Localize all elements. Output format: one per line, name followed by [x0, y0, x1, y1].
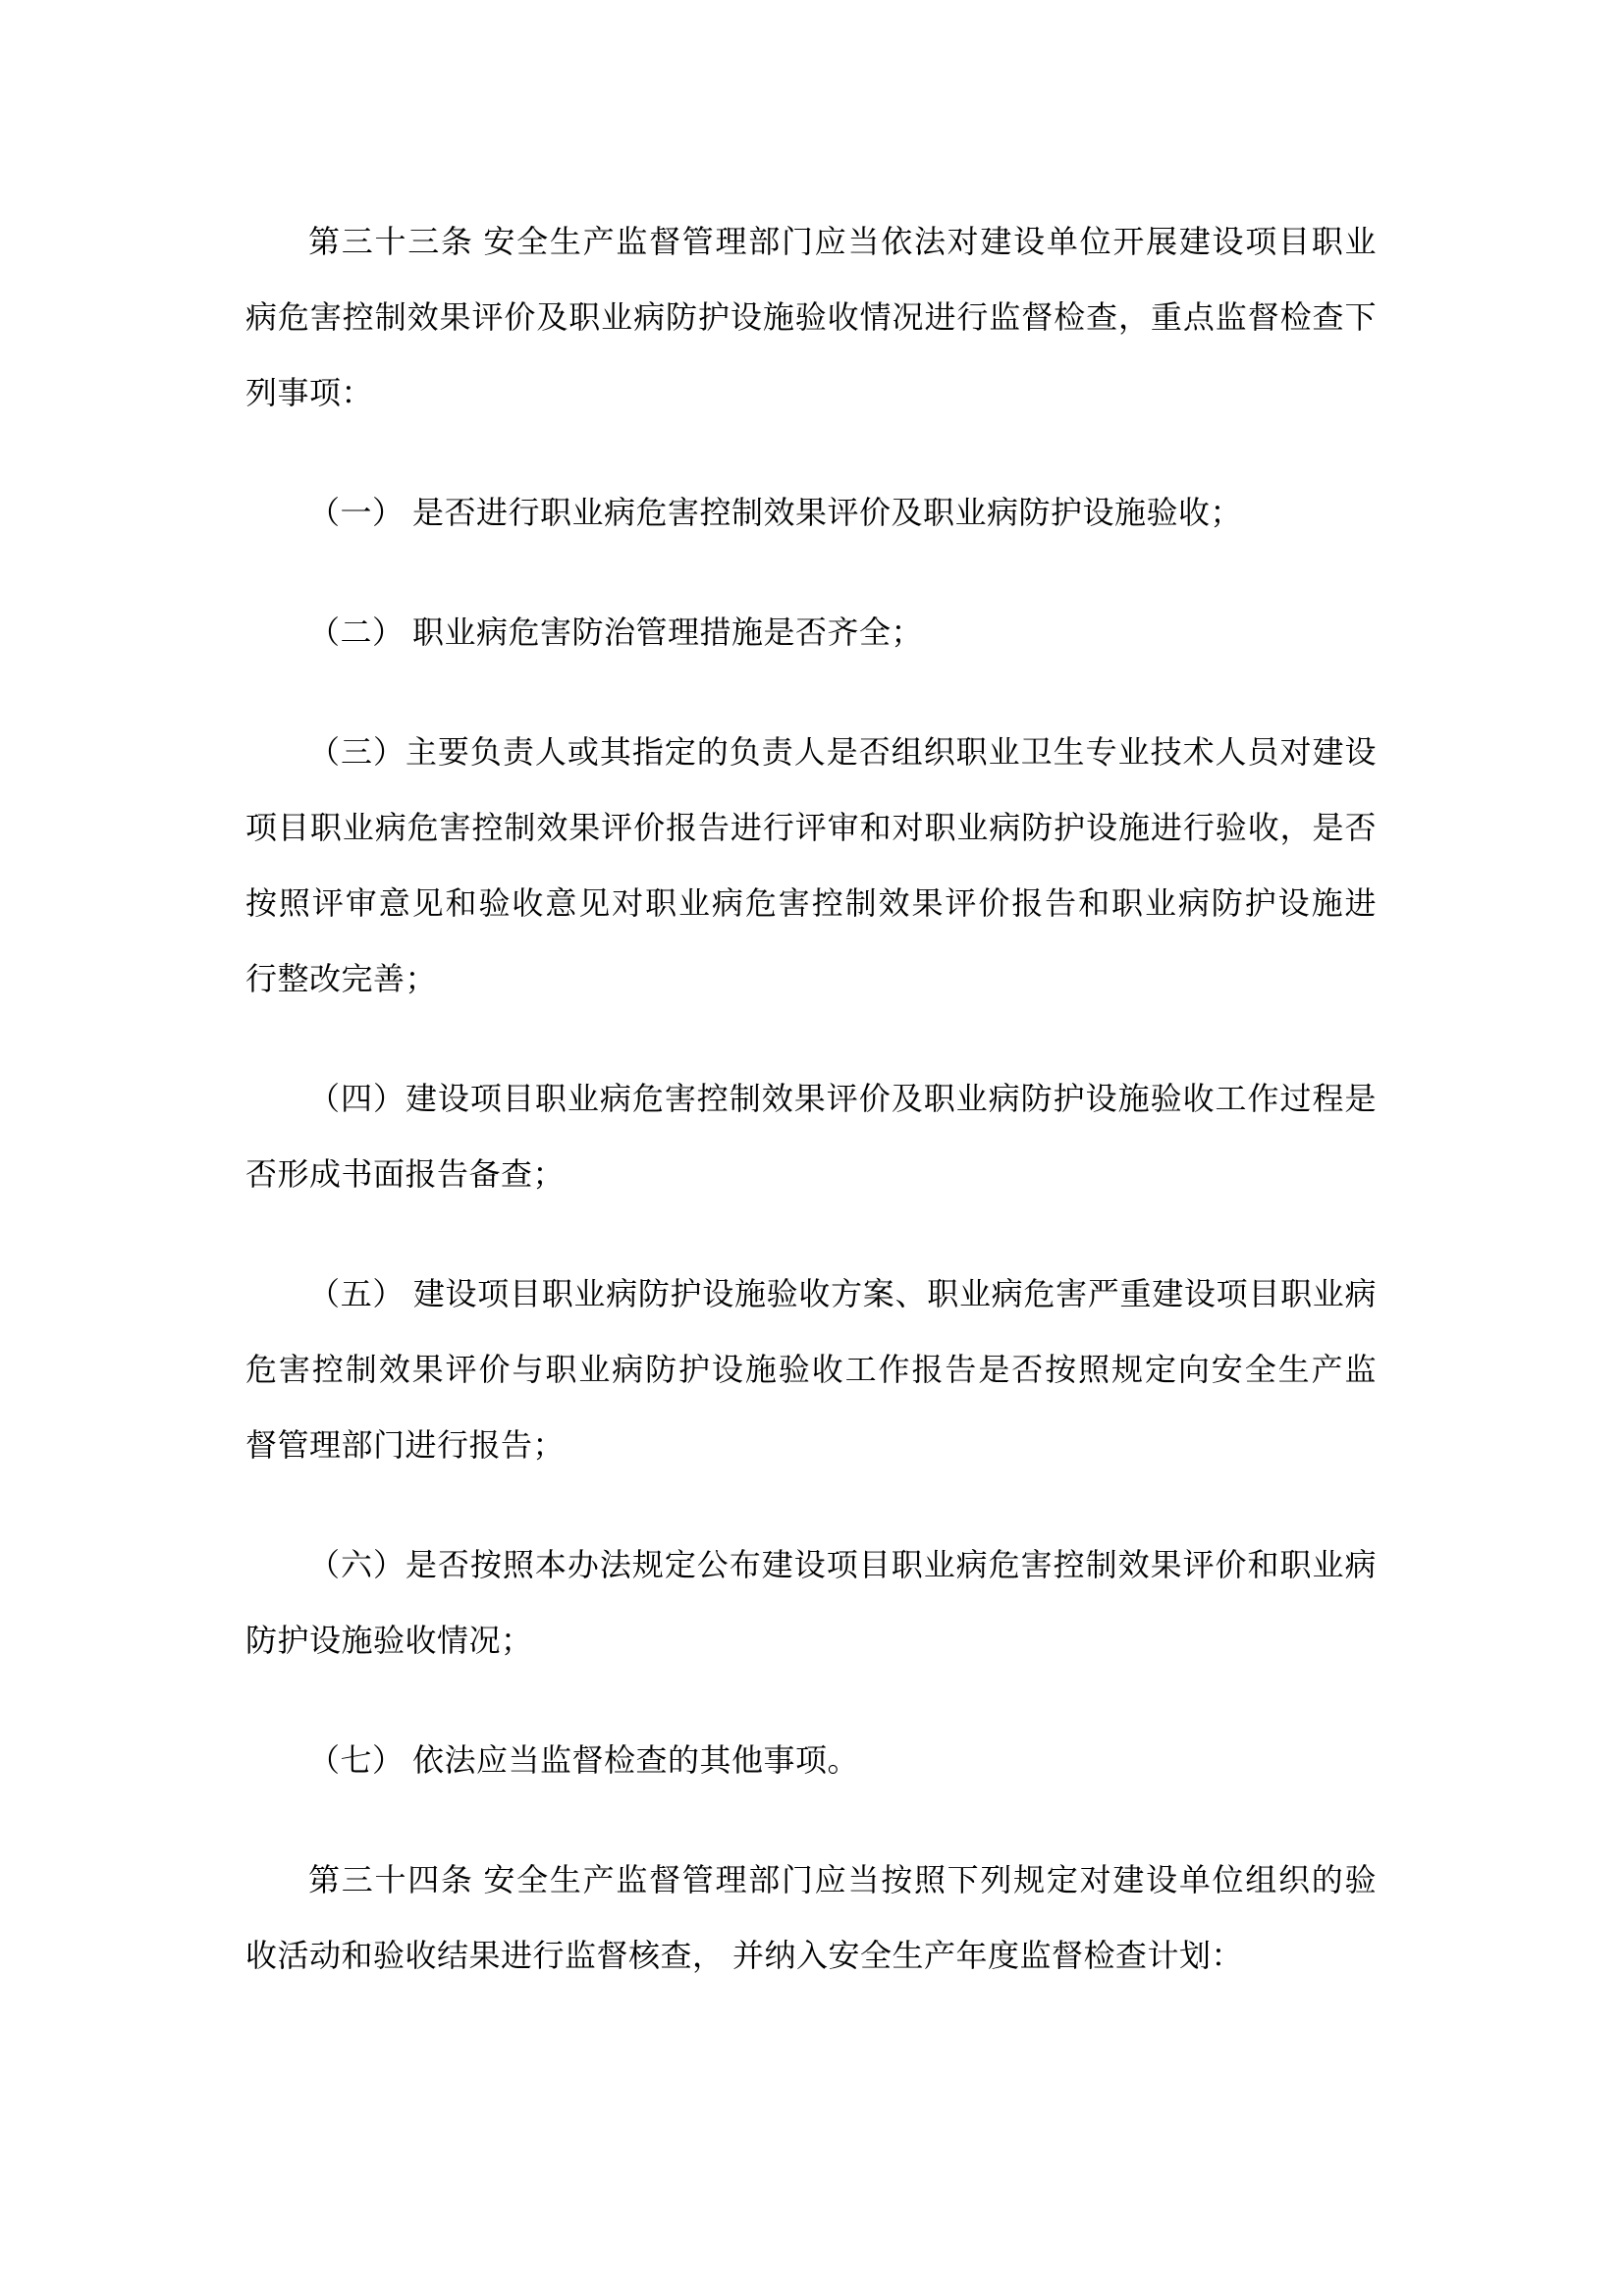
text-line: 第三十四条 安全生产监督管理部门应当按照下列规定对建设单位组织的验	[245, 1842, 1377, 1918]
paragraph-item-1: （一） 是否进行职业病危害控制效果评价及职业病防护设施验收；	[245, 475, 1377, 551]
text-line: （五） 建设项目职业病防护设施验收方案、职业病危害严重建设项目职业病	[245, 1256, 1377, 1332]
paragraph-item-3: （三）主要负责人或其指定的负责人是否组织职业卫生专业技术人员对建设项目职业病危害…	[245, 715, 1377, 1017]
document-page: 第三十三条 安全生产监督管理部门应当依法对建设单位开展建设项目职业病危害控制效果…	[0, 0, 1624, 2296]
text-line: 病危害控制效果评价及职业病防护设施验收情况进行监督检查，重点监督检查下	[245, 280, 1377, 355]
text-line: 行整改完善；	[245, 941, 1377, 1017]
paragraph-article-34: 第三十四条 安全生产监督管理部门应当按照下列规定对建设单位组织的验收活动和验收结…	[245, 1842, 1377, 1994]
text-line: （二） 职业病危害防治管理措施是否齐全；	[245, 595, 1377, 670]
paragraph-item-6: （六）是否按照本办法规定公布建设项目职业病危害控制效果评价和职业病防护设施验收情…	[245, 1527, 1377, 1679]
text-line: 项目职业病危害控制效果评价报告进行评审和对职业病防护设施进行验收，是否	[245, 790, 1377, 866]
paragraph-article-33: 第三十三条 安全生产监督管理部门应当依法对建设单位开展建设项目职业病危害控制效果…	[245, 204, 1377, 431]
text-line: 否形成书面报告备查；	[245, 1137, 1377, 1212]
paragraph-item-4: （四）建设项目职业病危害控制效果评价及职业病防护设施验收工作过程是否形成书面报告…	[245, 1061, 1377, 1212]
text-line: 按照评审意见和验收意见对职业病危害控制效果评价报告和职业病防护设施进	[245, 866, 1377, 941]
text-line: （六）是否按照本办法规定公布建设项目职业病危害控制效果评价和职业病	[245, 1527, 1377, 1603]
text-line: 防护设施验收情况；	[245, 1603, 1377, 1679]
paragraph-item-2: （二） 职业病危害防治管理措施是否齐全；	[245, 595, 1377, 670]
text-line: 第三十三条 安全生产监督管理部门应当依法对建设单位开展建设项目职业	[245, 204, 1377, 280]
paragraph-item-5: （五） 建设项目职业病防护设施验收方案、职业病危害严重建设项目职业病危害控制效果…	[245, 1256, 1377, 1483]
text-line: （四）建设项目职业病危害控制效果评价及职业病防护设施验收工作过程是	[245, 1061, 1377, 1137]
text-line: 督管理部门进行报告；	[245, 1408, 1377, 1483]
text-line: （三）主要负责人或其指定的负责人是否组织职业卫生专业技术人员对建设	[245, 715, 1377, 790]
document-body: 第三十三条 安全生产监督管理部门应当依法对建设单位开展建设项目职业病危害控制效果…	[245, 204, 1377, 1994]
text-line: （七） 依法应当监督检查的其他事项。	[245, 1723, 1377, 1798]
text-line: 危害控制效果评价与职业病防护设施验收工作报告是否按照规定向安全生产监	[245, 1332, 1377, 1408]
text-line: （一） 是否进行职业病危害控制效果评价及职业病防护设施验收；	[245, 475, 1377, 551]
paragraph-item-7: （七） 依法应当监督检查的其他事项。	[245, 1723, 1377, 1798]
text-line: 收活动和验收结果进行监督核查， 并纳入安全生产年度监督检查计划：	[245, 1918, 1377, 1994]
text-line: 列事项：	[245, 355, 1377, 431]
